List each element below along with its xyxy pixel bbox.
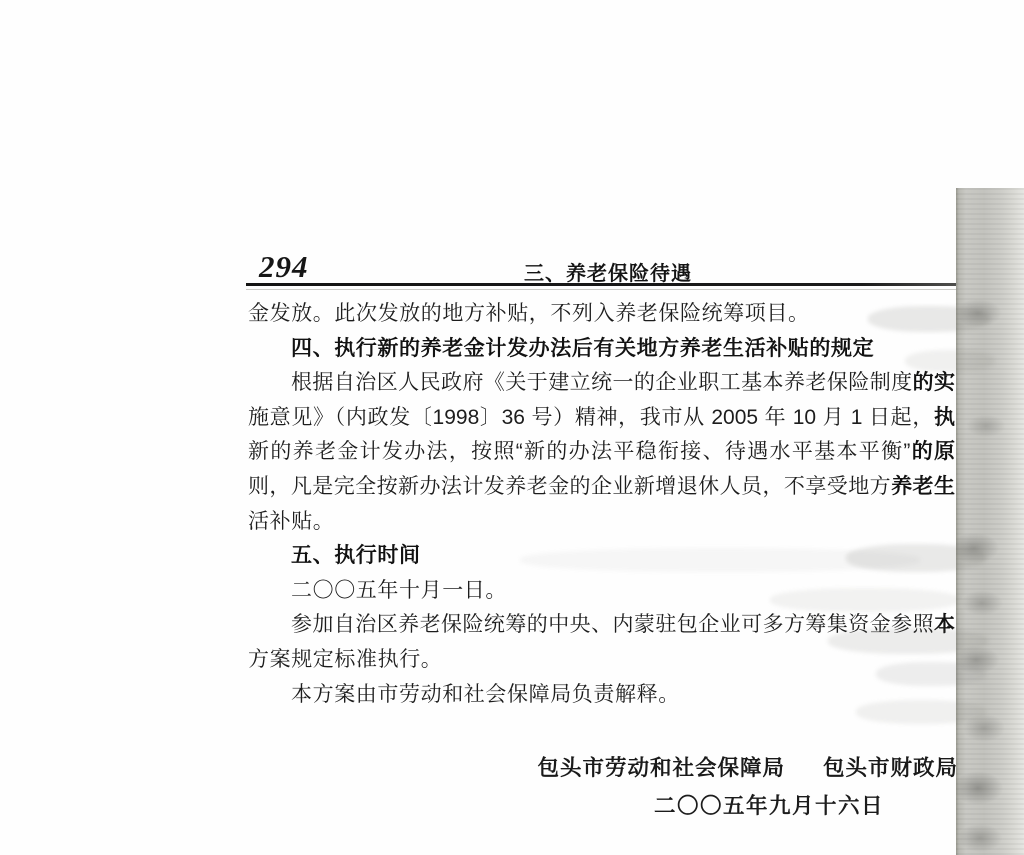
body-line: 活补贴。 <box>248 505 955 540</box>
scan-smudge <box>856 700 986 724</box>
scan-smudge <box>770 588 960 612</box>
section-heading: 四、执行新的养老金计发办法后有关地方养老生活补贴的规定 <box>248 332 955 367</box>
agency-2: 包头市财政局 <box>823 755 958 781</box>
agency-1: 包头市劳动和社会保障局 <box>537 755 785 781</box>
body-line: 本方案由市劳动和社会保障局负责解释。 <box>248 678 955 713</box>
scan-edge-band <box>956 188 1024 855</box>
body-line: 则，凡是完全按新办法计发养老金的企业新增退休人员，不享受地方养老生 <box>248 470 955 505</box>
scanned-page: 294 三、养老保险待遇 金发放。此次发放的地方补贴，不列入养老保险统筹项目。四… <box>0 0 1024 855</box>
page-number: 294 <box>259 249 309 285</box>
scan-smudge <box>905 350 995 372</box>
scan-smudge <box>868 306 990 332</box>
header-rule <box>246 283 1016 286</box>
header-rule-shadow <box>246 289 1016 290</box>
scan-smudge <box>876 662 986 686</box>
body-line: 根据自治区人民政府《关于建立统一的企业职工基本养老保险制度的实 <box>248 366 955 401</box>
signature-agencies: 包头市劳动和社会保障局 包头市财政局 <box>537 755 958 781</box>
body-line: 金发放。此次发放的地方补贴，不列入养老保险统筹项目。 <box>248 297 955 332</box>
signature-date: 二〇〇五年九月十六日 <box>654 793 884 819</box>
body-line: 新的养老金计发办法，按照“新的办法平稳衔接、待遇水平基本平衡”的原 <box>248 435 955 470</box>
body-line: 施意见》（内政发〔1998〕36 号）精神，我市从 2005 年 10 月 1 … <box>248 401 955 436</box>
running-title: 三、养老保险待遇 <box>448 257 768 286</box>
scan-smudge <box>828 628 988 654</box>
scan-smudge <box>846 544 986 572</box>
